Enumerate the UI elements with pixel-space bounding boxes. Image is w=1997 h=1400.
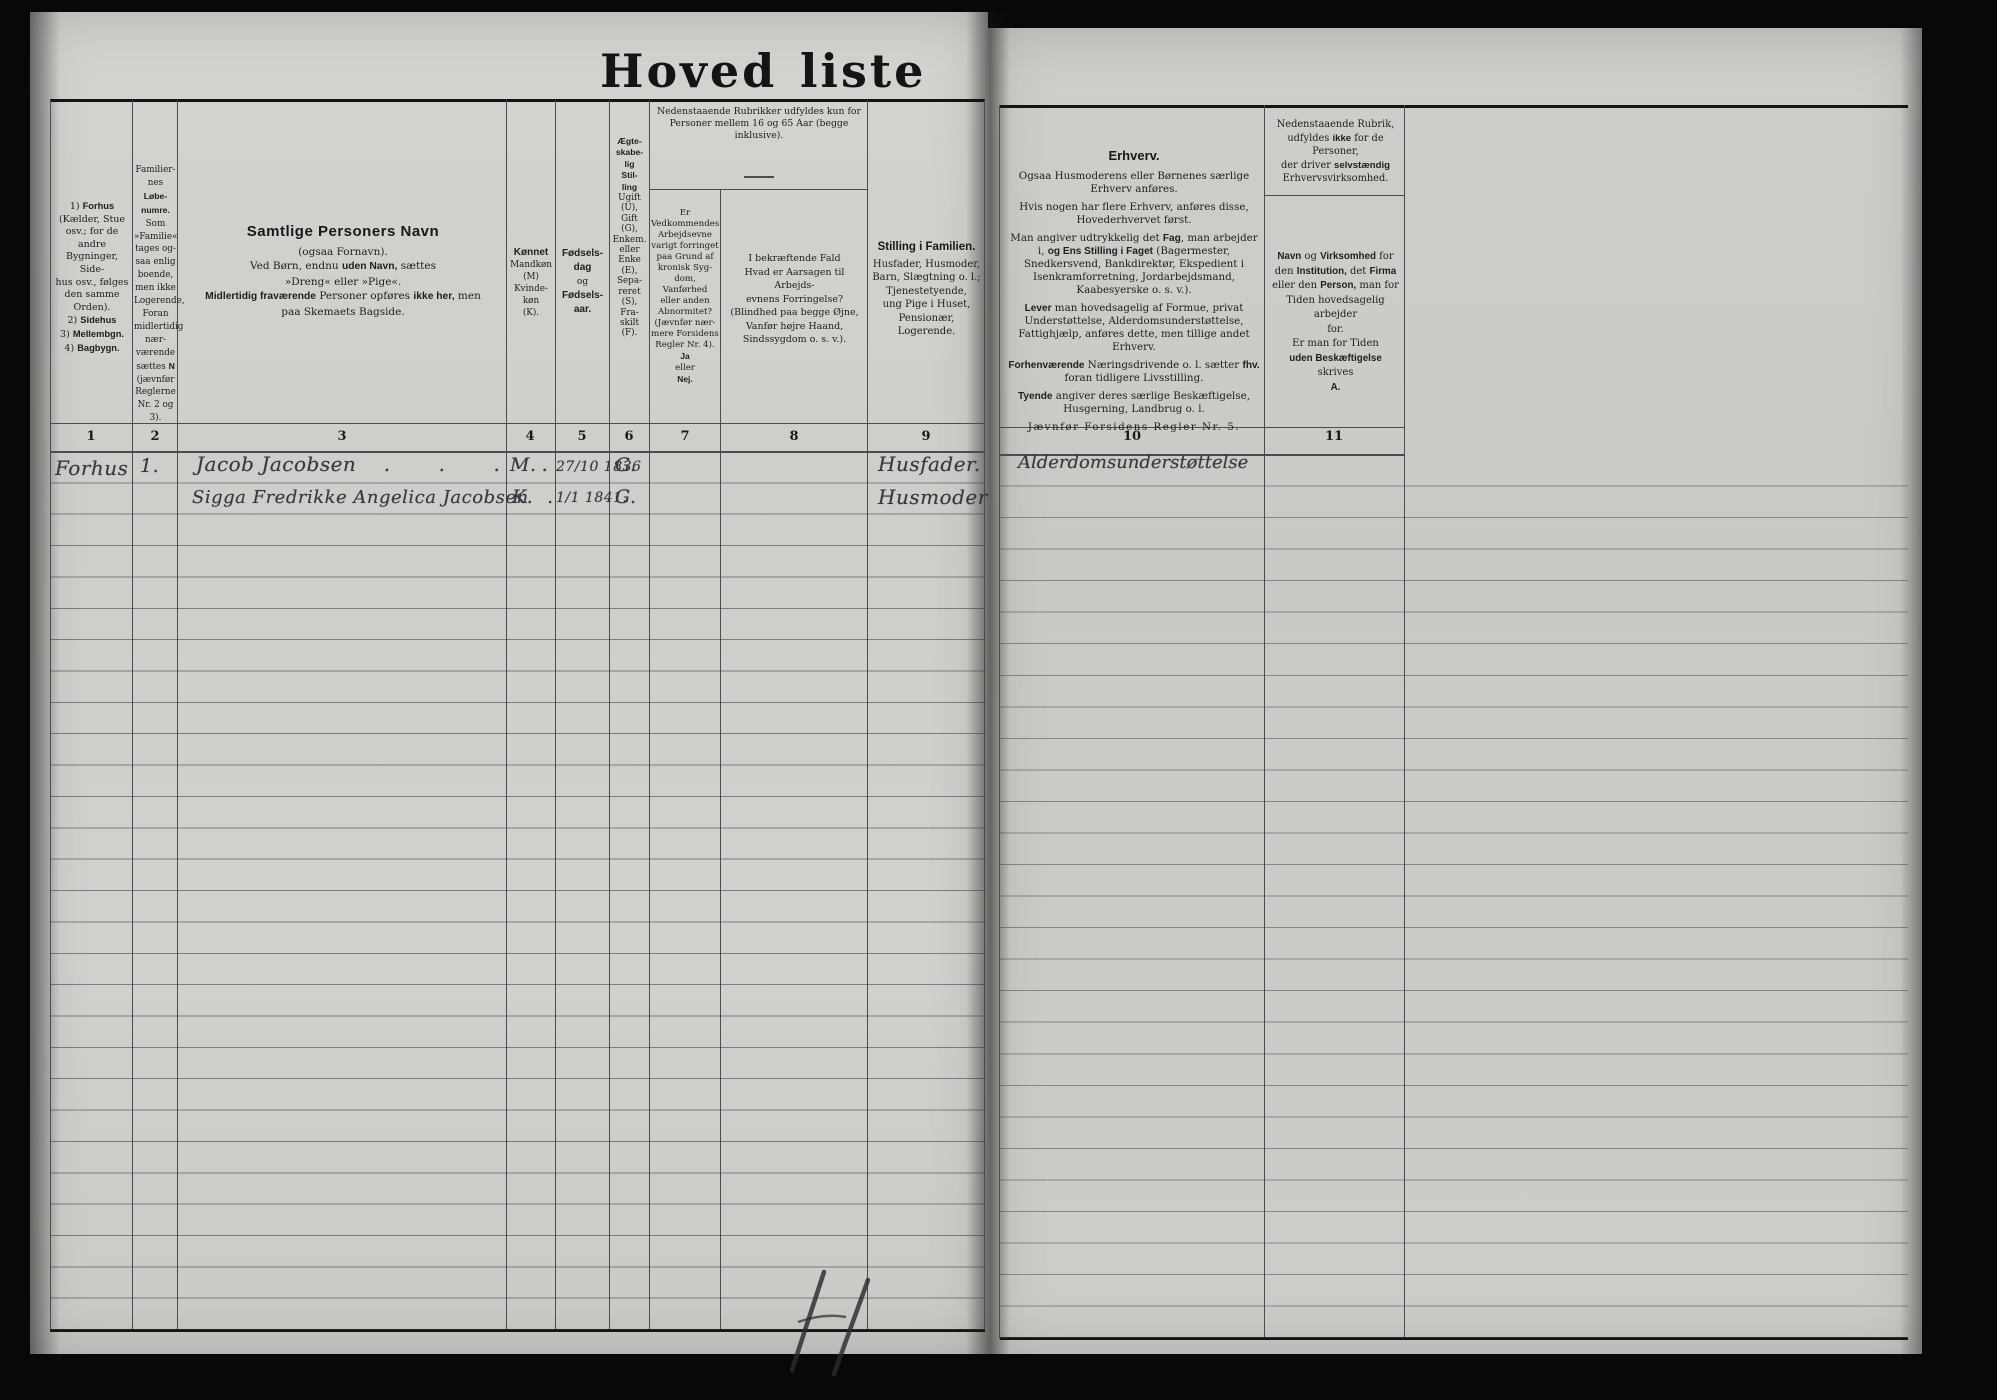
col9-subtext: Husfader, Husmoder,Barn, Slægtning o. l.… — [870, 258, 983, 339]
col5-number: 5 — [562, 429, 602, 444]
entry1-name: Jacob Jacobsen . . . . — [196, 452, 548, 476]
page-title-left: Hoved — [600, 44, 772, 98]
tally-mark-icon — [768, 1266, 894, 1376]
col10-number: 10 — [1112, 429, 1152, 444]
entry2-sex: K. — [512, 486, 533, 508]
col11-number: 11 — [1314, 429, 1354, 444]
entry2-marital: G. — [615, 486, 637, 508]
col7-8-spanning-note: Nedenstaaende Rubrikker udfyldes kun for… — [652, 106, 866, 142]
col3-title: Samtlige Personers Navn — [182, 226, 504, 239]
entry1-position: Husfader. — [878, 452, 981, 476]
col7-number: 7 — [665, 429, 705, 444]
entry2-name: Sigga Fredrikke Angelica Jacobsen . — [192, 487, 553, 508]
col5-header-birthdate: Fødsels-dagogFødsels-aar. — [557, 247, 608, 317]
rule-line — [50, 99, 985, 102]
row-rule-lines-right — [1000, 455, 1908, 1338]
entry-building: Forhus — [55, 456, 128, 480]
col8-number: 8 — [774, 429, 814, 444]
col3-header-names: Samtlige Personers Navn (ogsaa Fornavn).… — [182, 226, 504, 319]
page-title-right: liste — [800, 44, 980, 98]
col9-number: 9 — [906, 429, 946, 444]
col3-subtext: (ogsaa Fornavn).Ved Børn, endnu uden Nav… — [182, 245, 504, 320]
row-rule-lines-left — [50, 452, 985, 1330]
col10-header-occupation: Erhverv. Ogsaa Husmoderens eller Børnene… — [1008, 150, 1260, 439]
col1-number: 1 — [71, 429, 111, 444]
col11-header-note: Nedenstaaende Rubrik,udfyldes ikke for d… — [1268, 118, 1403, 186]
col2-header-family-number: Familier-nesLøbe-numre.Som»Familie«tages… — [134, 164, 177, 425]
col10-title: Erhverv. — [1008, 150, 1260, 163]
rule-line — [650, 189, 868, 190]
col6-header-marital-status: Ægte-skabe-ligStil-lingUgift(U),Gift(G),… — [611, 136, 648, 339]
col8-header-impairment-cause: I bekræftende FaldHvad er Aarsagen til A… — [723, 252, 866, 347]
col2-number: 2 — [135, 429, 175, 444]
col10-subtext: Ogsaa Husmoderens eller Børnenes særlige… — [1008, 170, 1260, 434]
col4-header-sex: KønnetMandkøn(M)Kvinde-køn(K). — [508, 247, 554, 319]
scanned-census-sheet: Hoved liste 1) Forhus(Kælder, Stueosv.; … — [0, 0, 1997, 1400]
col11-header-employer: Navn og Virksomhed forden Institution, d… — [1268, 250, 1403, 395]
col7-header-work-ability: ErVedkommendesArbejdsevnevarigt forringe… — [651, 208, 719, 386]
col1-header-building: 1) Forhus(Kælder, Stueosv.; for de andre… — [53, 200, 131, 355]
rule-line — [50, 423, 985, 424]
rule-line — [1000, 105, 1908, 108]
entry2-position: Husmoder — [878, 485, 988, 509]
entry1-occupation: Alderdomsunderstøttelse — [1018, 452, 1248, 473]
entry-family-number: 1. — [140, 455, 159, 477]
rule-line — [744, 176, 774, 178]
col9-header-family-position: Stilling i Familien. Husfader, Husmoder,… — [870, 241, 983, 339]
col3-number: 3 — [322, 429, 362, 444]
col4-number: 4 — [510, 429, 550, 444]
entry1-sex: M. — [510, 454, 537, 476]
rule-line — [1264, 195, 1404, 196]
col9-title: Stilling i Familien. — [870, 241, 983, 254]
col6-number: 6 — [609, 429, 649, 444]
entry1-marital: G. — [615, 454, 637, 476]
